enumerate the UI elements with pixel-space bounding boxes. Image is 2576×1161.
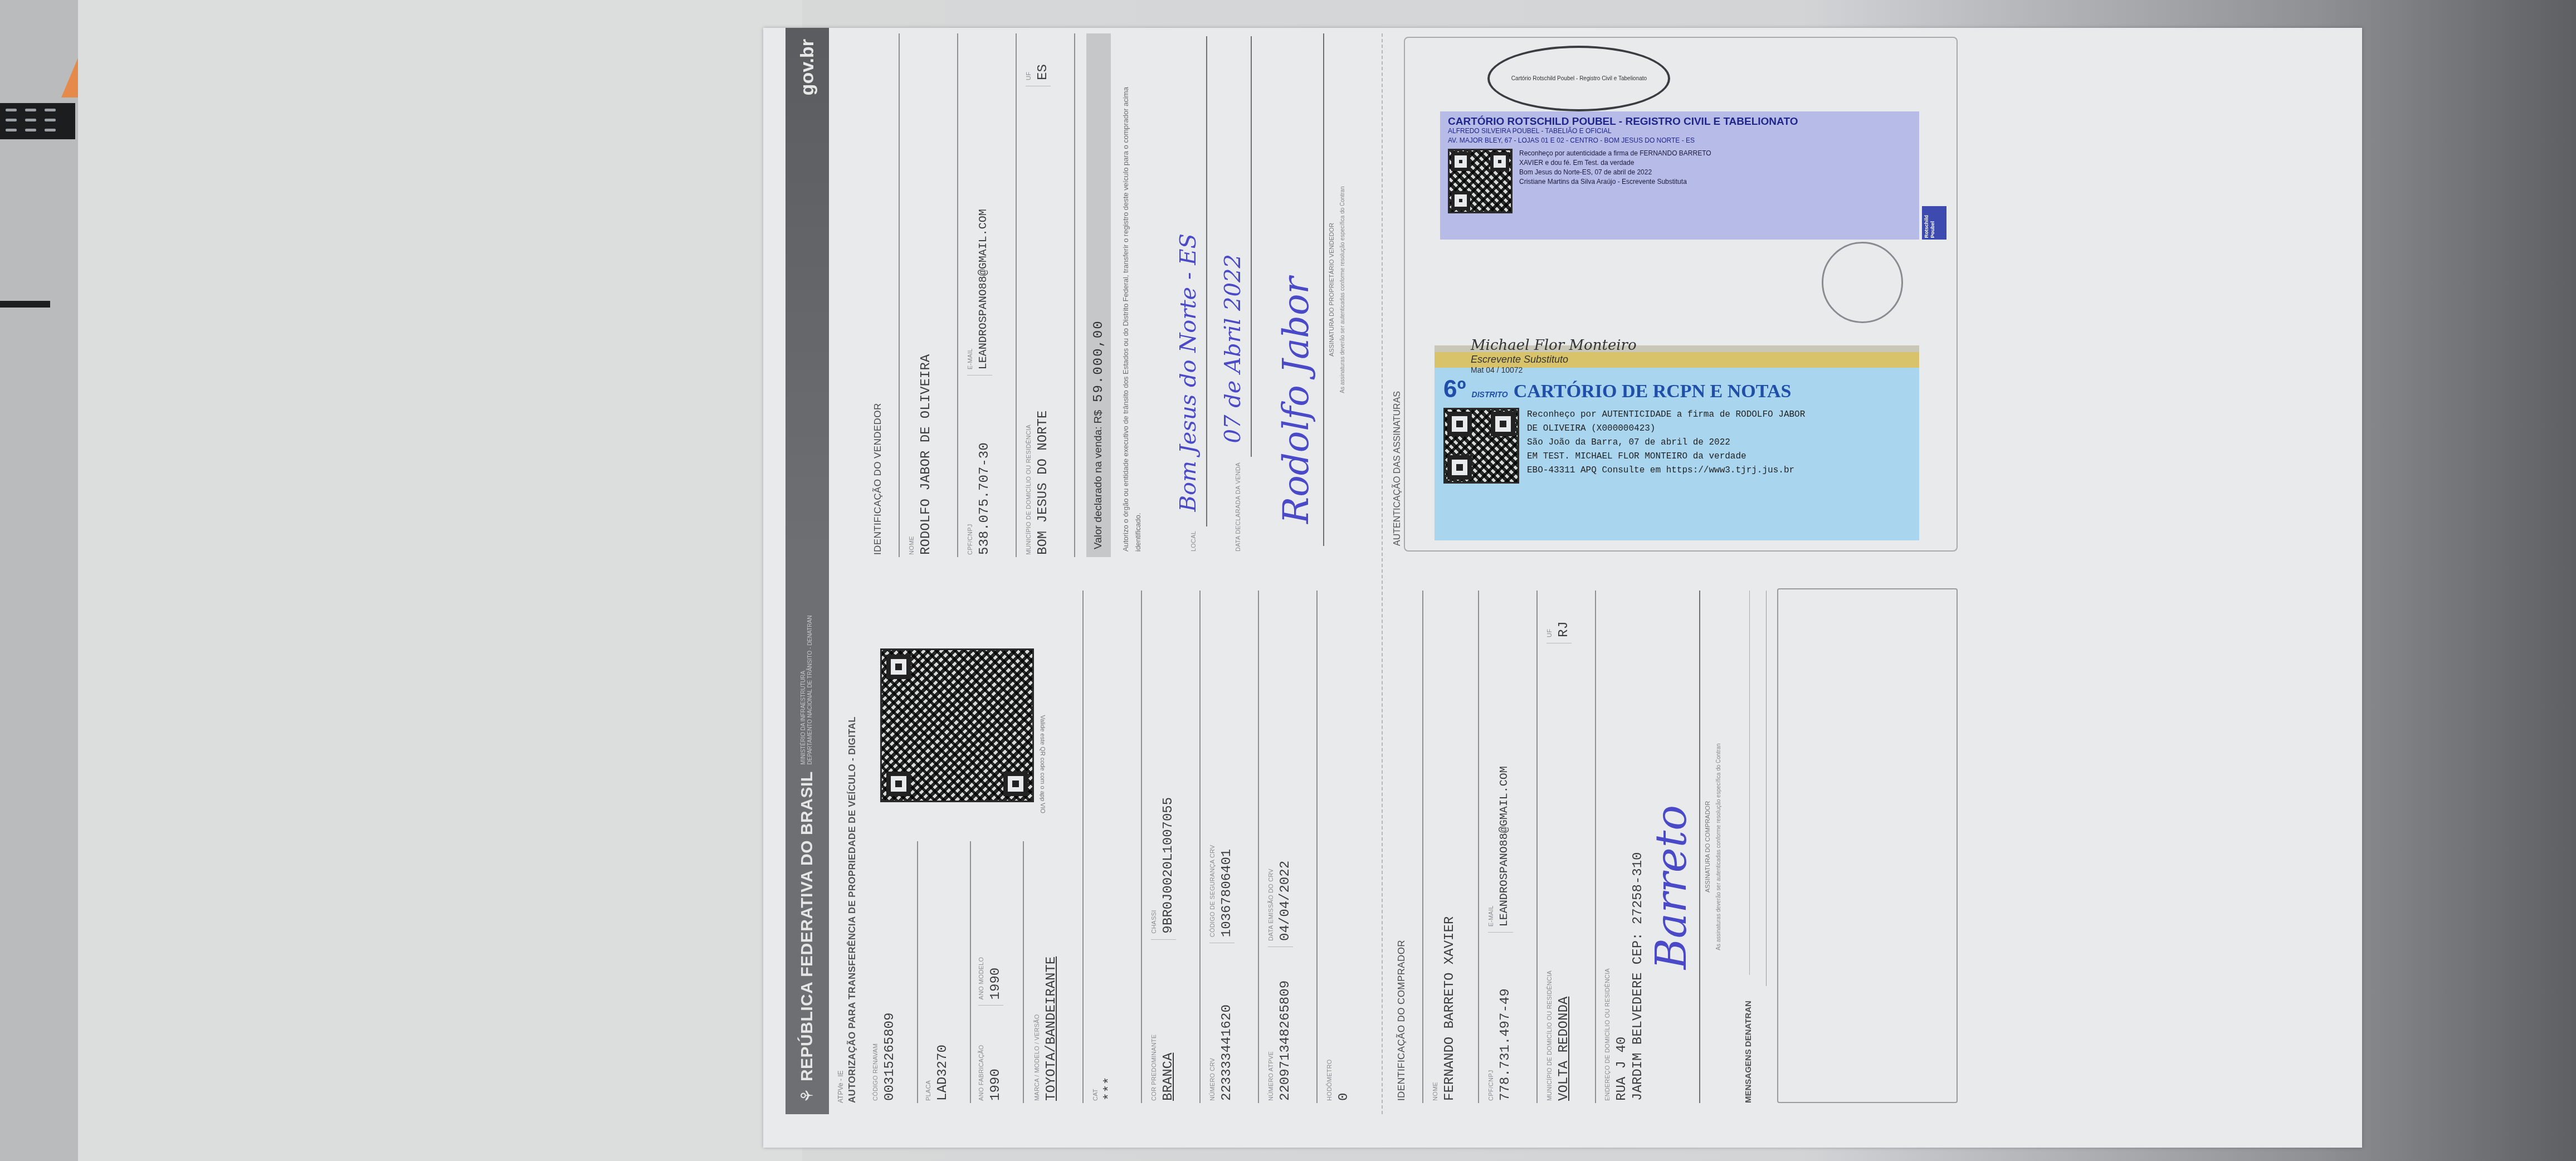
data-venda-field: DATA DECLARADA DA VENDA 07 de Abril 2022 bbox=[1220, 33, 1246, 552]
valor-declarado-bar: Valor declarado na venda: R$ 59.000,00 bbox=[1086, 33, 1111, 557]
seller-municipio-field: MUNICÍPIO DE DOMICÍLIO OU RESIDÊNCIABOM … bbox=[1022, 33, 1075, 557]
validation-qr-code[interactable] bbox=[880, 648, 1034, 802]
mensagens-box bbox=[1777, 588, 1958, 1103]
stamp2-qr-code[interactable] bbox=[1448, 149, 1513, 213]
keyboard-edge bbox=[0, 103, 75, 139]
buyer-sig-label: ASSINATURA DO COMPRADOR bbox=[1705, 591, 1711, 1103]
doc-code: ATPVe - IE bbox=[837, 1071, 845, 1103]
valor-amount: 59.000,00 bbox=[1091, 320, 1106, 402]
seller-signature: Rodolfo Jabor bbox=[1276, 277, 1317, 524]
background-desk bbox=[0, 0, 84, 1161]
local-handwritten: Bom Jesus do Norte - ES bbox=[1175, 233, 1201, 511]
background-paper bbox=[78, 0, 802, 1161]
buyer-section-title: IDENTIFICAÇÃO DO COMPRADOR bbox=[1393, 591, 1423, 1103]
atpv-document: ⚘ REPÚBLICA FEDERATIVA DO BRASIL MINISTÉ… bbox=[763, 28, 2362, 1148]
marca-field: MARCA / MODELO / VERSÃO TOYOTA/BANDEIRAN… bbox=[1031, 591, 1084, 1103]
seller-sig-label: ASSINATURA DO PROPRIETÁRIO VENDEDOR bbox=[1329, 33, 1335, 546]
fold-line bbox=[1382, 33, 1383, 1114]
seller-section-title: IDENTIFICAÇÃO DO VENDEDOR bbox=[869, 33, 900, 557]
placa-field: PLACA LAD3270 bbox=[922, 841, 971, 1103]
govbr-logo: gov.br bbox=[786, 28, 829, 557]
renavam-field: CÓDIGO RENAVAM 00315265809 bbox=[869, 841, 918, 1103]
buyer-sig-note: As assinaturas deverão ser autenticadas … bbox=[1716, 591, 1722, 1103]
desk-edge bbox=[0, 301, 50, 308]
stamp1-signer-block: Michael Flor Monteiro Escrevente Substit… bbox=[1471, 337, 1637, 374]
buyer-municipio-field: MUNICÍPIO DE DOMICÍLIO OU RESIDÊNCIAVOLT… bbox=[1543, 591, 1596, 1103]
buyer-nome-field: NOME FERNANDO BARRETO XAVIER bbox=[1429, 591, 1479, 1103]
crv-field: NÚMERO CRV223333441620 CÓDIGO DE SEGURAN… bbox=[1206, 591, 1259, 1103]
seller-cpf-email-field: CPF/CNPJ538.075.707-30 E-MAILLEANDROSPAN… bbox=[964, 33, 1017, 557]
header-title: REPÚBLICA FEDERATIVA DO BRASIL bbox=[798, 771, 817, 1081]
seller-nome-field: NOME RODOLFO JABOR DE OLIVEIRA bbox=[905, 33, 958, 557]
brasil-emblem-icon: ⚘ bbox=[798, 1088, 817, 1103]
buyer-endereco-field: ENDEREÇO DE DOMICÍLIO OU RESIDÊNCIA RUA … bbox=[1604, 588, 1646, 1101]
hodometro-field: HODÔMETRO 0 bbox=[1323, 591, 1373, 1103]
rotschild-poubel-logo: Rotschild Poubel bbox=[1922, 206, 1946, 240]
autorizo-text: Autorizo o órgão ou entidade executivo d… bbox=[1120, 50, 1144, 552]
cor-chassi-field: COR PREDOMINANTEBRANCA CHASSI9BR0J0020L1… bbox=[1148, 591, 1201, 1103]
notary-seal-1 bbox=[1822, 242, 1903, 323]
header-bar: ⚘ REPÚBLICA FEDERATIVA DO BRASIL MINISTÉ… bbox=[786, 557, 829, 1114]
cartorio-rotschild-poubel-stamp: CARTÓRIO ROTSCHILD POUBEL - REGISTRO CIV… bbox=[1440, 111, 1919, 240]
buyer-cpf-email-field: CPF/CNPJ778.731.497-49 E-MAILLEANDROSPAN… bbox=[1485, 591, 1538, 1103]
local-field: LOCAL Bom Jesus do Norte - ES bbox=[1175, 33, 1201, 552]
doc-title: AUTORIZAÇÃO PARA TRANSFERÊNCIA DE PROPRI… bbox=[847, 716, 858, 1103]
notary-seal-2: Cartório Rotschild Poubel - Registro Civ… bbox=[1487, 46, 1670, 111]
document-photo: ⚘ REPÚBLICA FEDERATIVA DO BRASIL MINISTÉ… bbox=[763, 28, 2362, 1148]
auth-section-title: AUTENTICAÇÃO DAS ASSINATURAS bbox=[1393, 391, 1403, 546]
mensagens-title: MENSAGENS DENATRAN bbox=[1744, 1001, 1753, 1103]
stamp1-qr-code[interactable] bbox=[1443, 408, 1519, 484]
ano-field: ANO FABRICAÇÃO1990 ANO MODELO1990 bbox=[975, 841, 1024, 1103]
buyer-signature: Barreto bbox=[1646, 805, 1696, 969]
cartorio-6-distrito-stamp: 6º DISTRITO CARTÓRIO DE RCPN E NOTAS Rec… bbox=[1435, 368, 1919, 540]
header-subtitle: MINISTÉRIO DA INFRAESTRUTURA DEPARTAMENT… bbox=[801, 616, 814, 765]
cat-field: CAT *** bbox=[1089, 591, 1142, 1103]
data-handwritten: 07 de Abril 2022 bbox=[1220, 254, 1246, 443]
atpv-field: NÚMERO ATPVe220971348265809 DATA EMISSÃO… bbox=[1265, 591, 1318, 1103]
seller-sig-note: As assinaturas deverão ser autenticadas … bbox=[1340, 33, 1346, 546]
